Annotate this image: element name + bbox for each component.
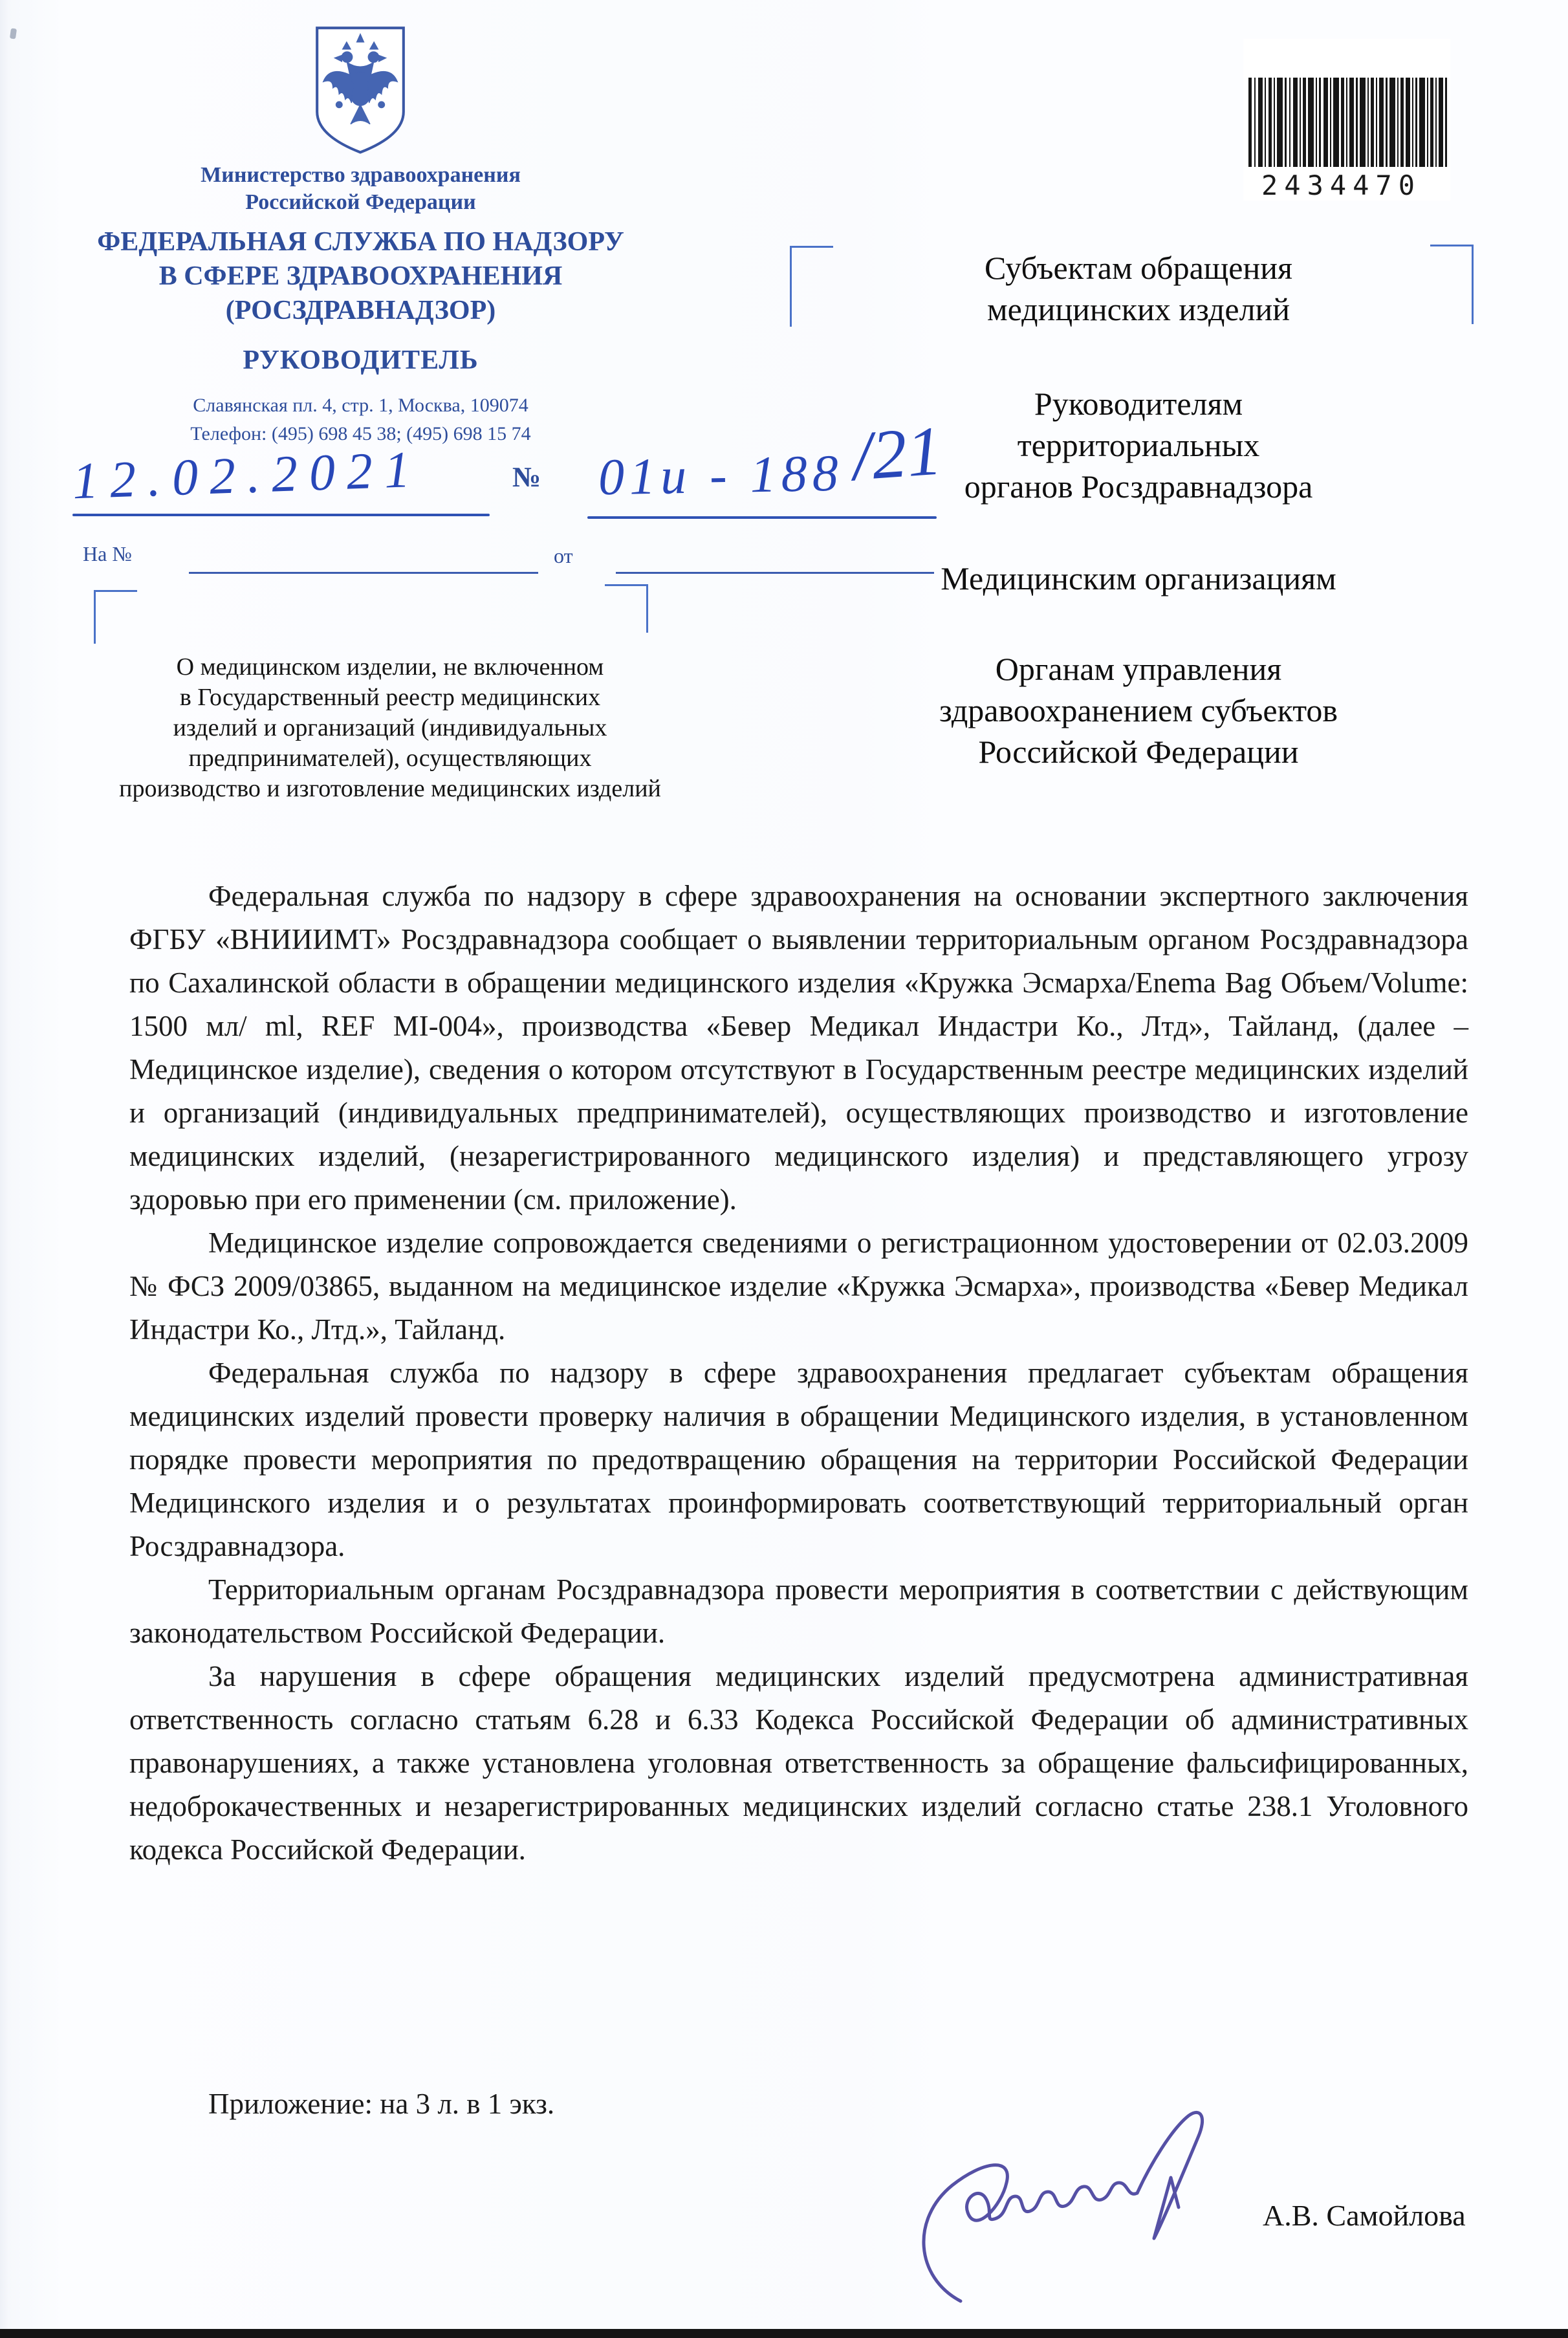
recipient-line: медицинских изделий <box>796 289 1481 330</box>
recipient-line: здравоохранением субъектов <box>796 690 1481 731</box>
number-underline <box>587 516 937 519</box>
recipient-group: Медицинским организациям <box>796 558 1481 599</box>
service-line: (РОСЗДРАВНАДЗОР) <box>65 294 657 328</box>
recipient-group: Руководителям территориальных органов Ро… <box>796 383 1481 507</box>
body-paragraph: Территориальным органам Росздравнадзора … <box>129 1568 1468 1655</box>
address-line: Славянская пл. 4, стр. 1, Москва, 109074 <box>65 393 657 418</box>
ministry-line: Российской Федерации <box>65 189 657 216</box>
subject-zone-corner-mark <box>94 590 137 644</box>
recipient-line: Органам управления <box>796 648 1481 690</box>
handwritten-signature-icon <box>880 2110 1242 2311</box>
service-name: ФЕДЕРАЛЬНАЯ СЛУЖБА ПО НАДЗОРУ В СФЕРЕ ЗД… <box>65 225 657 328</box>
subject-line: производство и изготовление медицинских … <box>70 774 710 804</box>
reply-to-label: На № <box>83 542 132 566</box>
service-line: ФЕДЕРАЛЬНАЯ СЛУЖБА ПО НАДЗОРУ <box>65 225 657 259</box>
recipient-line: органов Росздравнадзора <box>796 466 1481 507</box>
scan-artifact <box>10 28 17 39</box>
coat-of-arms-icon <box>312 23 409 158</box>
subject-zone-corner-mark <box>605 584 648 633</box>
letter-page: Министерство здравоохранения Российской … <box>0 0 1568 2338</box>
body-paragraph: За нарушения в сфере обращения медицинск… <box>129 1655 1468 1872</box>
date-underline <box>72 514 490 516</box>
body-paragraph: Федеральная служба по надзору в сфере зд… <box>129 1351 1468 1568</box>
handwritten-date: 12.02.2021 <box>72 441 423 512</box>
body-paragraph: Федеральная служба по надзору в сфере зд… <box>129 875 1468 1221</box>
body-paragraph: Медицинское изделие сопровождается сведе… <box>129 1221 1468 1351</box>
subject-line: изделий и организаций (индивидуальных <box>70 713 710 743</box>
scan-edge-bar <box>0 2329 1568 2338</box>
recipient-group: Органам управления здравоохранением субъ… <box>796 648 1481 772</box>
recipient-line: Субъектам обращения <box>796 247 1481 289</box>
subject-line: предпринимателей), осуществляющих <box>70 743 710 774</box>
attachment-note: Приложение: на 3 л. в 1 экз. <box>208 2087 554 2121</box>
service-line: В СФЕРЕ ЗДРАВООХРАНЕНИЯ <box>65 259 657 294</box>
number-sign: № <box>512 461 541 494</box>
ministry-name: Министерство здравоохранения Российской … <box>65 162 657 216</box>
subject-line: О медицинском изделии, не включенном <box>70 652 710 683</box>
subject-block: О медицинском изделии, не включенном в Г… <box>70 652 710 804</box>
recipient-line: Российской Федерации <box>796 731 1481 772</box>
subject-line: в Государственный реестр медицинских <box>70 683 710 713</box>
recipient-group: Субъектам обращения медицинских изделий <box>796 247 1481 330</box>
position-title: РУКОВОДИТЕЛЬ <box>65 345 657 376</box>
recipient-line: территориальных <box>796 424 1481 466</box>
reply-from-label: от <box>554 544 573 568</box>
letter-body: Федеральная служба по надзору в сфере зд… <box>129 875 1468 1872</box>
ministry-line: Министерство здравоохранения <box>65 162 657 189</box>
barcode-number: 2434470 <box>1261 169 1421 201</box>
signer-name: А.В. Самойлова <box>1263 2198 1466 2233</box>
recipient-line: Руководителям <box>796 383 1481 424</box>
reply-number-blank <box>189 572 538 574</box>
recipient-line: Медицинским организациям <box>796 558 1481 599</box>
